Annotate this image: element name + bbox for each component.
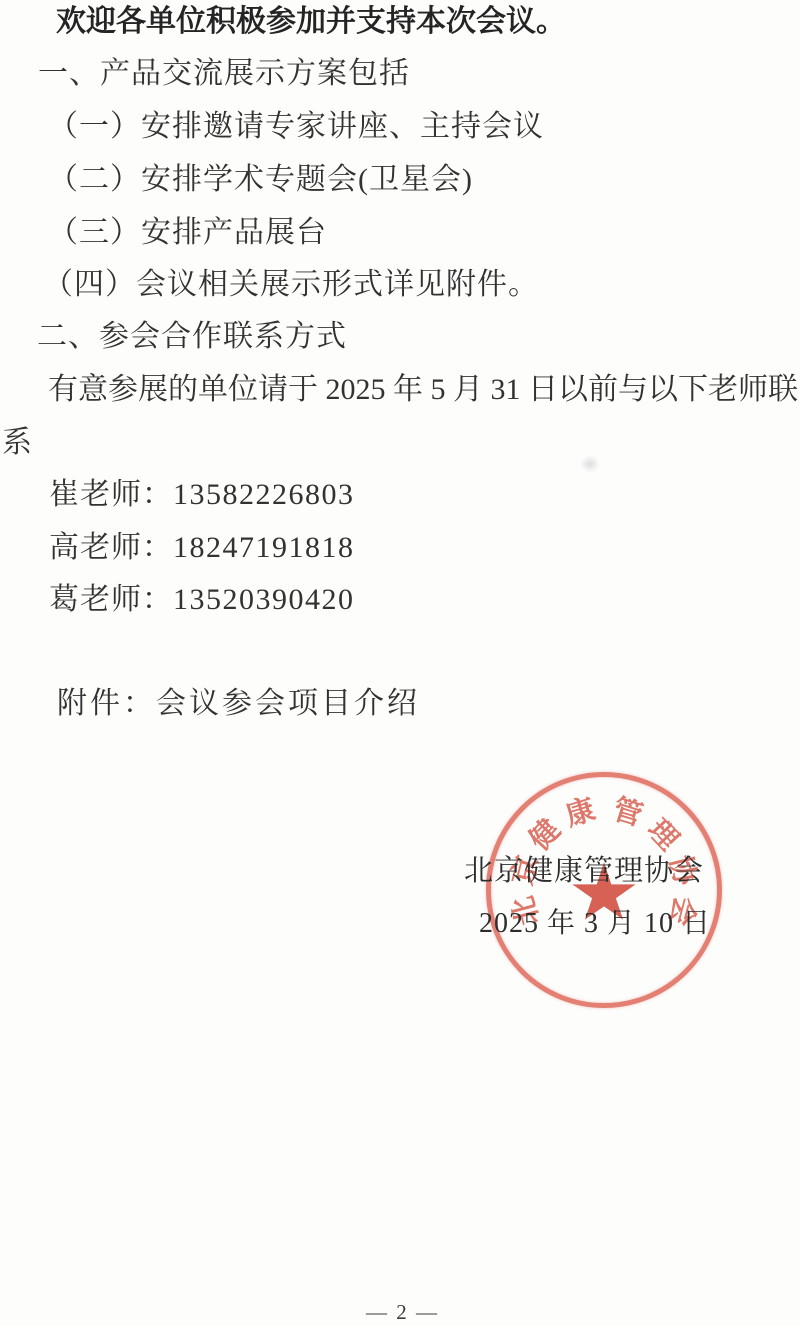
section1-item-2: （二）安排学术专题会(卫星会) — [48, 162, 473, 198]
scan-smudge-artifact — [580, 455, 600, 473]
paragraph-continuation-line: 欢迎各单位积极参加并支持本次会议。 — [56, 4, 566, 40]
contact-intro-wrapped-char: 系 — [2, 425, 33, 461]
section1-item-4: （四）会议相关展示形式详见附件。 — [43, 267, 539, 303]
contact-phone: 13520390420 — [173, 583, 355, 616]
official-seal: 北 京 健 康 管 理 协 会 — [486, 772, 722, 1008]
page-number: — 2 — — [366, 1300, 439, 1325]
section1-item-3: （三）安排产品展台 — [48, 215, 327, 251]
contact-phone: 13582226803 — [173, 478, 355, 511]
section1-heading: 一、产品交流展示方案包括 — [38, 56, 410, 92]
contact-name: 高老师： — [49, 531, 173, 564]
contact-phone: 18247191818 — [173, 531, 355, 564]
contact-row: 高老师：18247191818 — [49, 530, 355, 566]
contact-name: 崔老师： — [49, 478, 173, 511]
contact-intro-line: 有意参展的单位请于 2025 年 5 月 31 日以前与以下老师联 — [48, 372, 798, 408]
signature-date: 2025 年 3 月 10 日 — [479, 901, 711, 941]
scanned-document-page: 欢迎各单位积极参加并支持本次会议。 一、产品交流展示方案包括 （一）安排邀请专家… — [0, 0, 800, 1326]
section1-item-1: （一）安排邀请专家讲座、主持会议 — [48, 109, 544, 145]
signature-organization: 北京健康管理协会 — [464, 848, 704, 889]
contact-name: 葛老师： — [49, 583, 173, 616]
section2-heading: 二、参会合作联系方式 — [37, 319, 347, 355]
attachment-line: 附件：会议参会项目介绍 — [57, 686, 420, 722]
contact-row: 崔老师：13582226803 — [49, 477, 355, 513]
seal-ring-char: 管 — [608, 787, 648, 835]
seal-ring-char: 康 — [560, 787, 600, 835]
contact-row: 葛老师：13520390420 — [49, 582, 355, 618]
